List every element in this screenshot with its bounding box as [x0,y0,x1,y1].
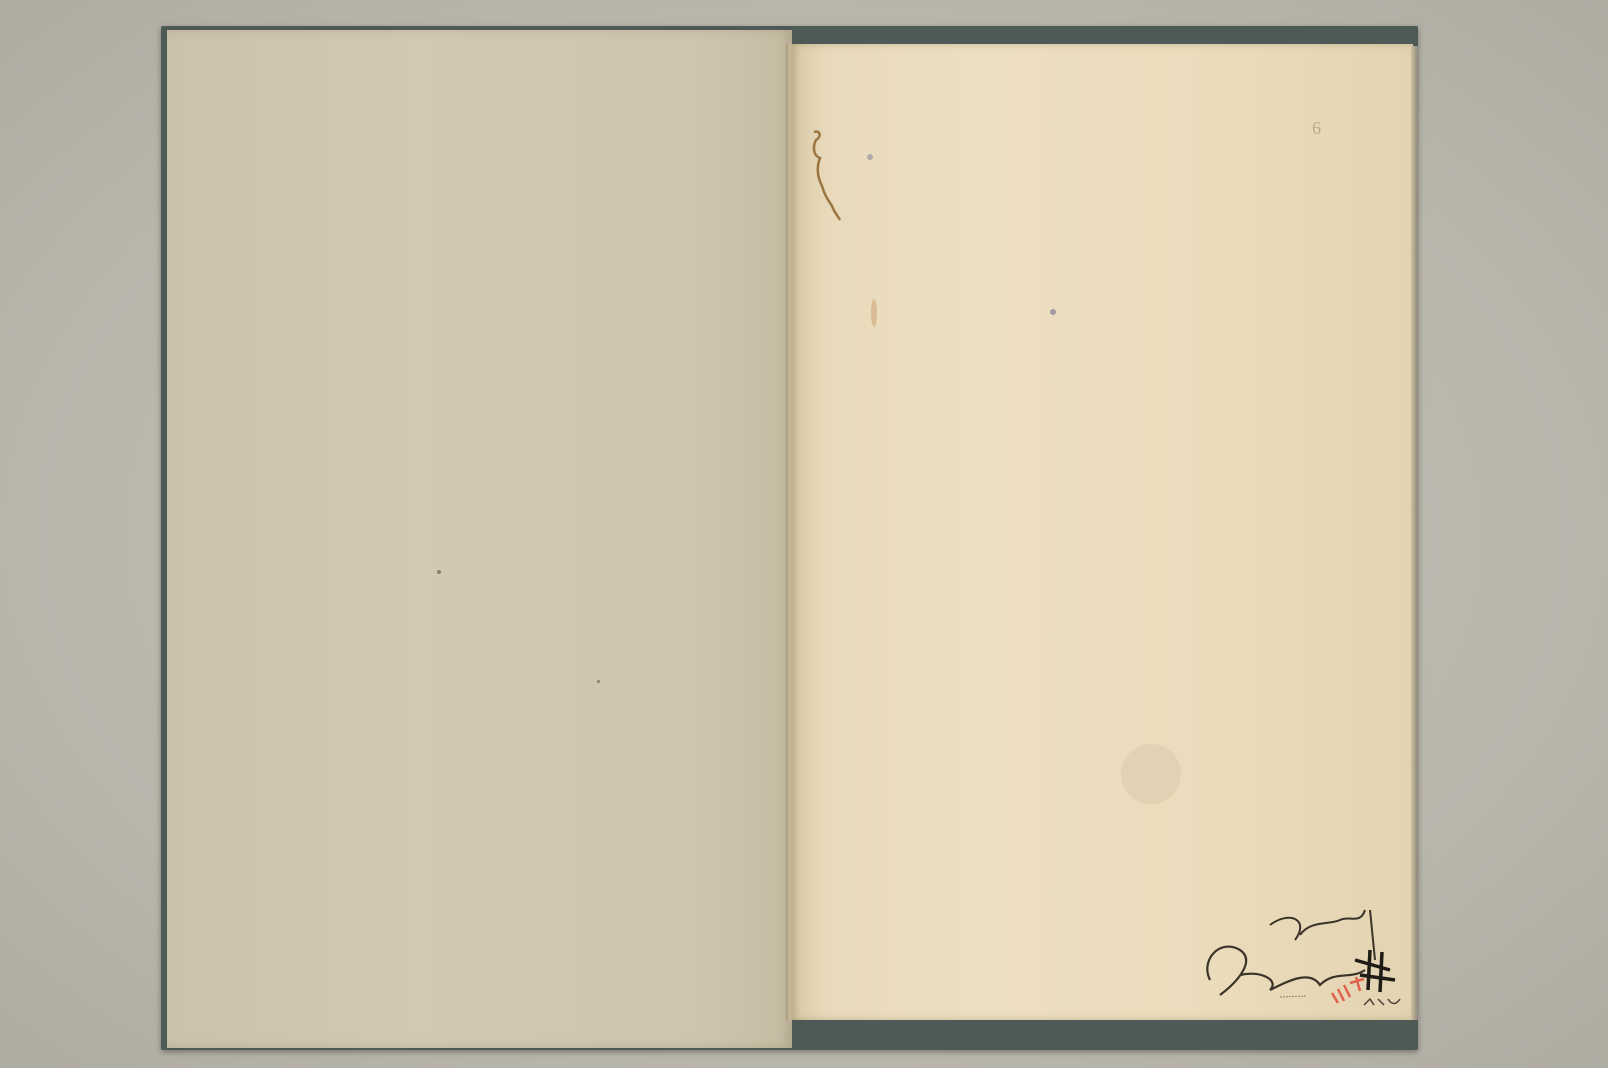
speck [867,154,873,160]
pencil-mark [1362,995,1402,1009]
stain [1121,744,1181,804]
page-edges [1411,46,1418,1020]
speck [437,570,441,574]
left-page [167,30,792,1048]
ink-squiggle-mark [806,128,846,223]
open-book: 6 [0,0,1608,1068]
stain [871,299,877,327]
page-number-mark: 6 [1312,118,1321,139]
right-page [791,44,1413,1020]
pencil-mark [1278,992,1308,1002]
speck [1050,309,1056,315]
speck [597,680,600,683]
